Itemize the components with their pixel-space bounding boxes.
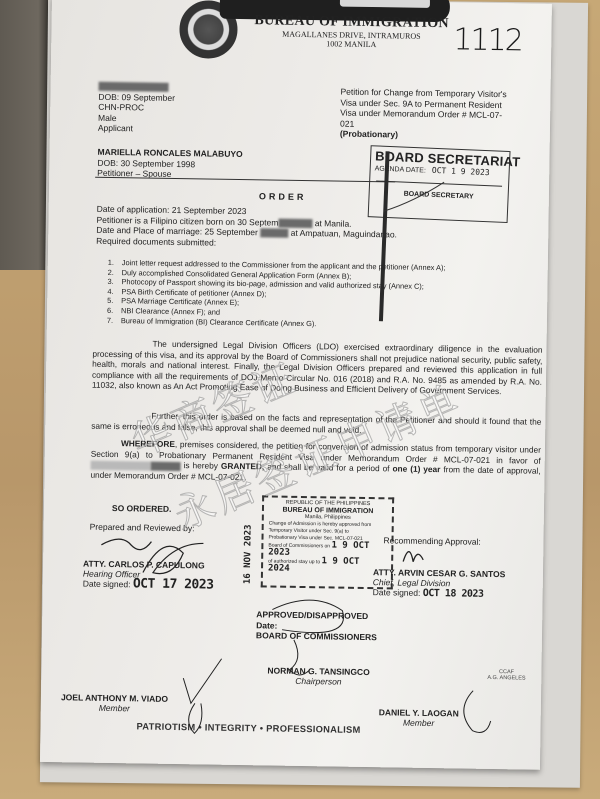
background-folder	[0, 0, 48, 270]
motto: PATRIOTISM • INTEGRITY • PROFESSIONALISM	[136, 721, 360, 735]
petitioner-info: MARIELLA RONCALES MALABUYO DOB: 30 Septe…	[97, 147, 243, 181]
requirement-number: 4.	[107, 287, 121, 297]
recommending-label: Recommending Approval:	[383, 535, 480, 547]
requirement-number: 3.	[107, 277, 121, 287]
requirement-number: 6.	[107, 306, 121, 316]
letterhead: BUREAU OF IMMIGRATION MAGALLANES DRIVE, …	[251, 13, 452, 50]
requirement-number: 7.	[107, 315, 121, 325]
legal-chief-date-row: Date signed: OCT 18 2023	[373, 587, 506, 600]
requirement-text: Bureau of Immigration (BI) Clearance Cer…	[121, 316, 317, 328]
divider	[95, 177, 395, 183]
agenda-date-label: AGENDA DATE:	[375, 165, 426, 174]
member-role: Member	[61, 702, 168, 714]
requirement-number: 1.	[108, 258, 122, 268]
applicant-info: DOB: 09 September CHN-PROC Male Applican…	[98, 81, 175, 135]
member-role: Member	[379, 717, 459, 728]
agenda-date-value: OCT 1 9 2023	[432, 166, 490, 177]
address-line-2: 1002 MANILA	[251, 38, 451, 50]
handwritten-number: 1112	[453, 22, 522, 58]
chairperson-role: Chairperson	[267, 675, 369, 687]
hearing-officer-date: OCT 17 2023	[133, 576, 214, 592]
ldo-paragraph: The undersigned Legal Division Officers …	[92, 338, 543, 398]
legal-chief-signature-block: ATTY. ARVIN CESAR G. SANTOS Chief, Legal…	[373, 567, 506, 600]
facts: Date of application: 21 September 2023 P…	[96, 204, 397, 251]
board-approval-block: APPROVED/DISAPPROVED Date: BOARD OF COMM…	[256, 609, 377, 642]
board-title: BOARD OF COMMISSIONERS	[256, 630, 377, 642]
order-document: BUREAU OF IMMIGRATION MAGALLANES DRIVE, …	[40, 0, 552, 770]
order-title: ORDER	[259, 191, 307, 202]
member-block-1: JOEL ANTHONY M. VIADO Member	[61, 692, 168, 714]
petition-caption-qualifier: (Probationary)	[340, 129, 510, 142]
applicant-role: Applicant	[98, 123, 175, 135]
chairperson-block: NORMAN G. TANSINGCO Chairperson	[267, 665, 370, 687]
member-name: DANIEL Y. LAOGAN	[379, 707, 459, 718]
petition-caption-text: Petition for Change from Temporary Visit…	[340, 87, 511, 132]
stamp-side-date: 16 NOV 2023	[243, 524, 254, 584]
requirements-list: 1.Joint letter request addressed to the …	[107, 258, 446, 330]
requirement-number: 5.	[107, 296, 121, 306]
applicant-nationality: CHN-PROC	[98, 102, 175, 114]
hearing-officer-signature-block: ATTY. CARLOS P. CAPULONG Hearing Officer…	[83, 559, 214, 591]
redacted-name	[99, 82, 169, 92]
so-ordered: SO ORDERED.	[112, 503, 172, 514]
requirement-number: 2.	[108, 268, 122, 278]
member-block-2: DANIEL Y. LAOGAN Member	[379, 707, 459, 728]
initials: CCAF A.G. ANGELES	[487, 669, 525, 682]
legal-chief-date: OCT 18 2023	[423, 588, 484, 600]
petition-caption: Petition for Change from Temporary Visit…	[340, 87, 511, 142]
board-secretary-label: BOARD SECRETARY	[370, 189, 508, 202]
hearing-officer-date-row: Date signed: OCT 17 2023	[83, 579, 214, 591]
